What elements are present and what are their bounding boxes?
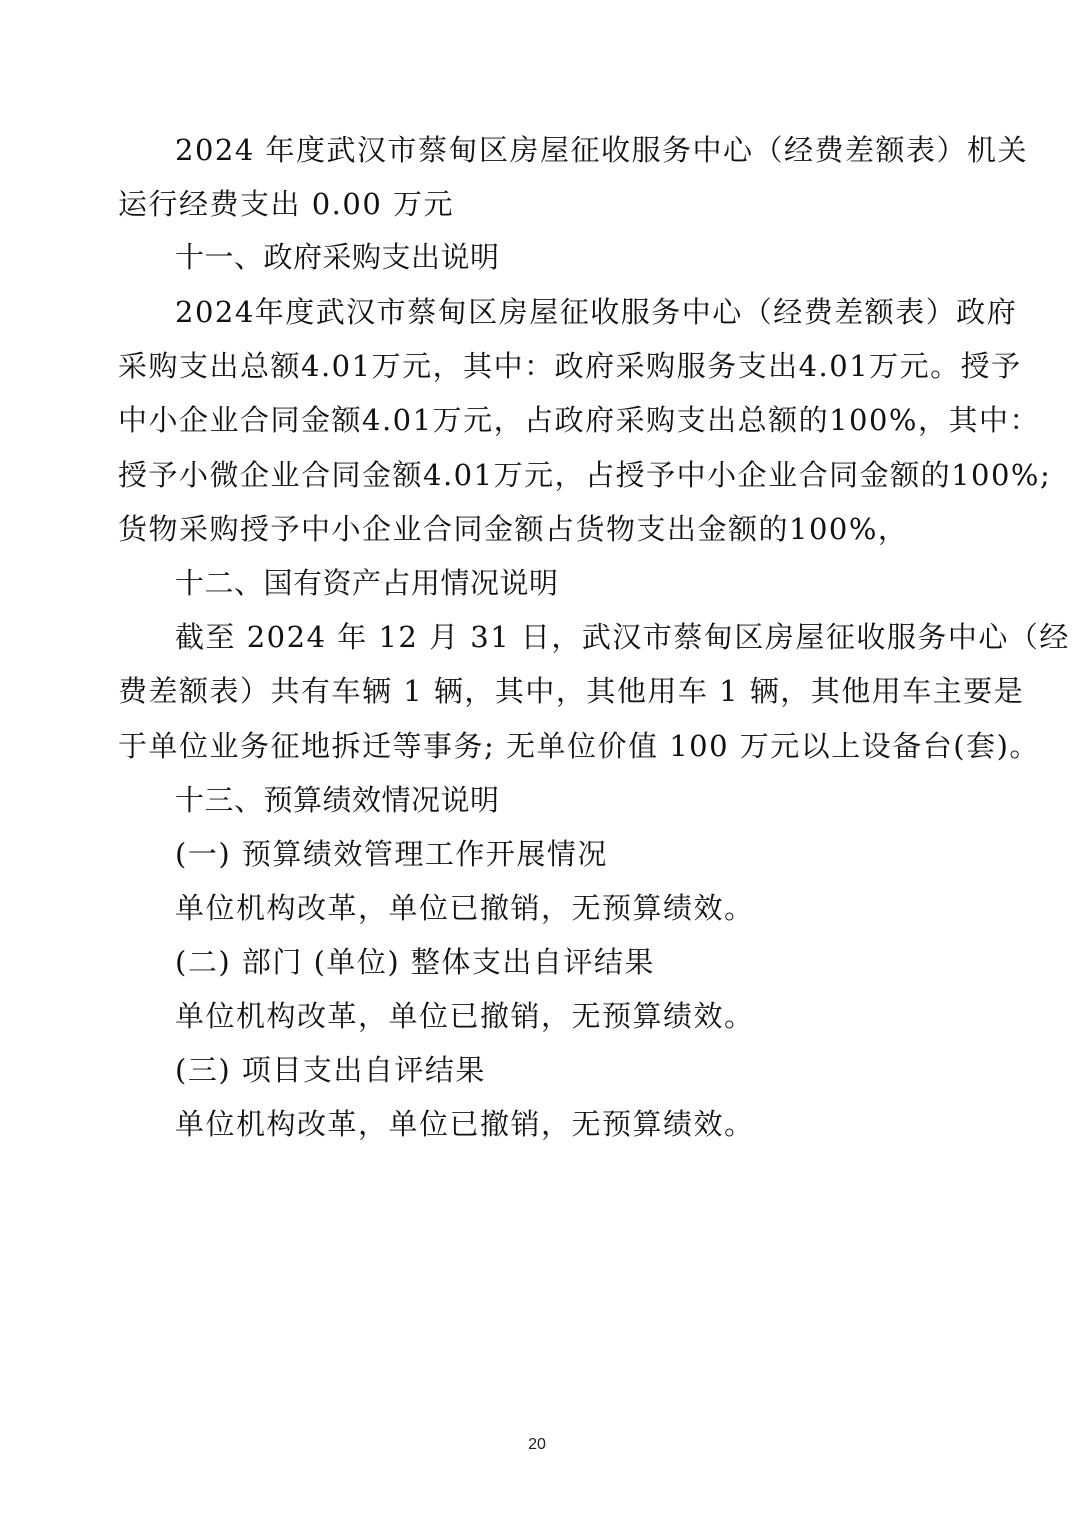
paragraph-line: 中小企业合同金额4.01万元，占政府采购支出总额的100%，其中： [118, 400, 960, 440]
paragraph-line: 2024 年度武汉市蔡甸区房屋征收服务中心（经费差额表）机关 [175, 130, 960, 170]
subsection-title: (二) 部门 (单位) 整体支出自评结果 [175, 942, 655, 982]
section-heading-12: 十二、国有资产占用情况说明 [175, 563, 559, 603]
page-number: 20 [0, 1436, 1074, 1454]
paragraph-line: 于单位业务征地拆迁等事务; 无单位价值 100 万元以上设备台(套)。 [118, 726, 960, 766]
subsection-body: 单位机构改革，单位已撤销，无预算绩效。 [175, 888, 755, 928]
subsection-body: 单位机构改革，单位已撤销，无预算绩效。 [175, 996, 755, 1036]
paragraph-line: 截至 2024 年 12 月 31 日，武汉市蔡甸区房屋征收服务中心（经 [175, 617, 960, 657]
paragraph-line: 运行经费支出 0.00 万元 [118, 184, 454, 224]
paragraph-line: 费差额表）共有车辆 1 辆，其中，其他用车 1 辆，其他用车主要是 [118, 671, 960, 711]
subsection-body: 单位机构改革，单位已撤销，无预算绩效。 [175, 1104, 755, 1144]
subsection-title: (一) 预算绩效管理工作开展情况 [175, 834, 608, 874]
paragraph-line: 授予小微企业合同金额4.01万元，占授予中小企业合同金额的100%; [118, 455, 960, 495]
paragraph-line: 货物采购授予中小企业合同金额占货物支出金额的100%， [118, 509, 908, 549]
section-heading-13: 十三、预算绩效情况说明 [175, 780, 500, 820]
paragraph-line: 2024年度武汉市蔡甸区房屋征收服务中心（经费差额表）政府 [175, 292, 960, 332]
subsection-title: (三) 项目支出自评结果 [175, 1050, 486, 1090]
section-heading-11: 十一、政府采购支出说明 [175, 237, 500, 277]
paragraph-line: 采购支出总额4.01万元，其中：政府采购服务支出4.01万元。授予 [118, 346, 960, 386]
